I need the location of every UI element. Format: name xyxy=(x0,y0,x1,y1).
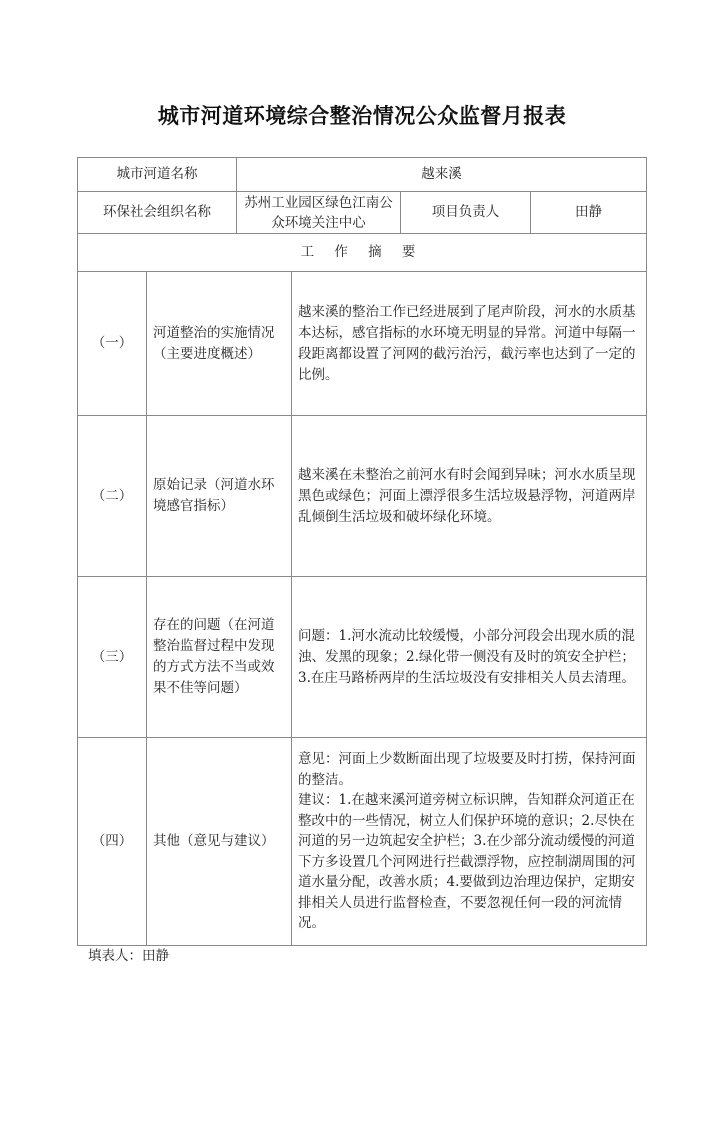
section-content: 越来溪在未整治之前河水有时会闻到异味；河水水质呈现黑色或绿色；河面上漂浮很多生活… xyxy=(292,416,647,577)
section-label: 存在的问题（在河道整治监督过程中发现的方式方法不当或效果不佳等问题） xyxy=(147,577,292,738)
org-label: 环保社会组织名称 xyxy=(78,192,237,234)
section-label: 原始记录（河道水环境感官指标） xyxy=(147,416,292,577)
section-index: （一） xyxy=(78,272,147,416)
summary-heading-row: 工 作 摘 要 xyxy=(78,234,647,272)
filler-label: 填表人： xyxy=(88,948,142,964)
summary-heading: 工 作 摘 要 xyxy=(78,234,647,272)
section-row: （三） 存在的问题（在河道整治监督过程中发现的方式方法不当或效果不佳等问题） 问… xyxy=(78,577,647,738)
section-index: （二） xyxy=(78,416,147,577)
report-table: 城市河道名称 越来溪 环保社会组织名称 苏州工业园区绿色江南公众环境关注中心 项… xyxy=(77,157,647,946)
filler-info: 填表人：田静 xyxy=(88,946,169,967)
section-label: 其他（意见与建议） xyxy=(147,738,292,946)
leader-value: 田静 xyxy=(531,192,647,234)
river-name-value: 越来溪 xyxy=(237,158,647,192)
opinion-text: 意见：河面上少数断面出现了垃圾要及时打捞，保持河面的整洁。 xyxy=(298,749,640,790)
section-label: 河道整治的实施情况（主要进度概述） xyxy=(147,272,292,416)
section-content: 问题：1.河水流动比较缓慢，小部分河段会出现水质的混浊、发黑的现象；2.绿化带一… xyxy=(292,577,647,738)
suggestion-text: 建议：1.在越来溪河道旁树立标识牌，告知群众河道正在整改中的一些情况，树立人们保… xyxy=(298,790,640,934)
section-index: （三） xyxy=(78,577,147,738)
section-row: （一） 河道整治的实施情况（主要进度概述） 越来溪的整治工作已经进展到了尾声阶段… xyxy=(78,272,647,416)
section-content: 越来溪的整治工作已经进展到了尾声阶段，河水的水质基本达标，感官指标的水环境无明显… xyxy=(292,272,647,416)
org-value: 苏州工业园区绿色江南公众环境关注中心 xyxy=(237,192,401,234)
section-index: （四） xyxy=(78,738,147,946)
section-content: 意见：河面上少数断面出现了垃圾要及时打捞，保持河面的整洁。 建议：1.在越来溪河… xyxy=(292,738,647,946)
leader-label: 项目负责人 xyxy=(401,192,531,234)
filler-name: 田静 xyxy=(142,948,169,964)
section-row: （四） 其他（意见与建议） 意见：河面上少数断面出现了垃圾要及时打捞，保持河面的… xyxy=(78,738,647,946)
section-row: （二） 原始记录（河道水环境感官指标） 越来溪在未整治之前河水有时会闻到异味；河… xyxy=(78,416,647,577)
river-name-row: 城市河道名称 越来溪 xyxy=(78,158,647,192)
river-name-label: 城市河道名称 xyxy=(78,158,237,192)
page-title: 城市河道环境综合整治情况公众监督月报表 xyxy=(0,100,724,130)
org-row: 环保社会组织名称 苏州工业园区绿色江南公众环境关注中心 项目负责人 田静 xyxy=(78,192,647,234)
